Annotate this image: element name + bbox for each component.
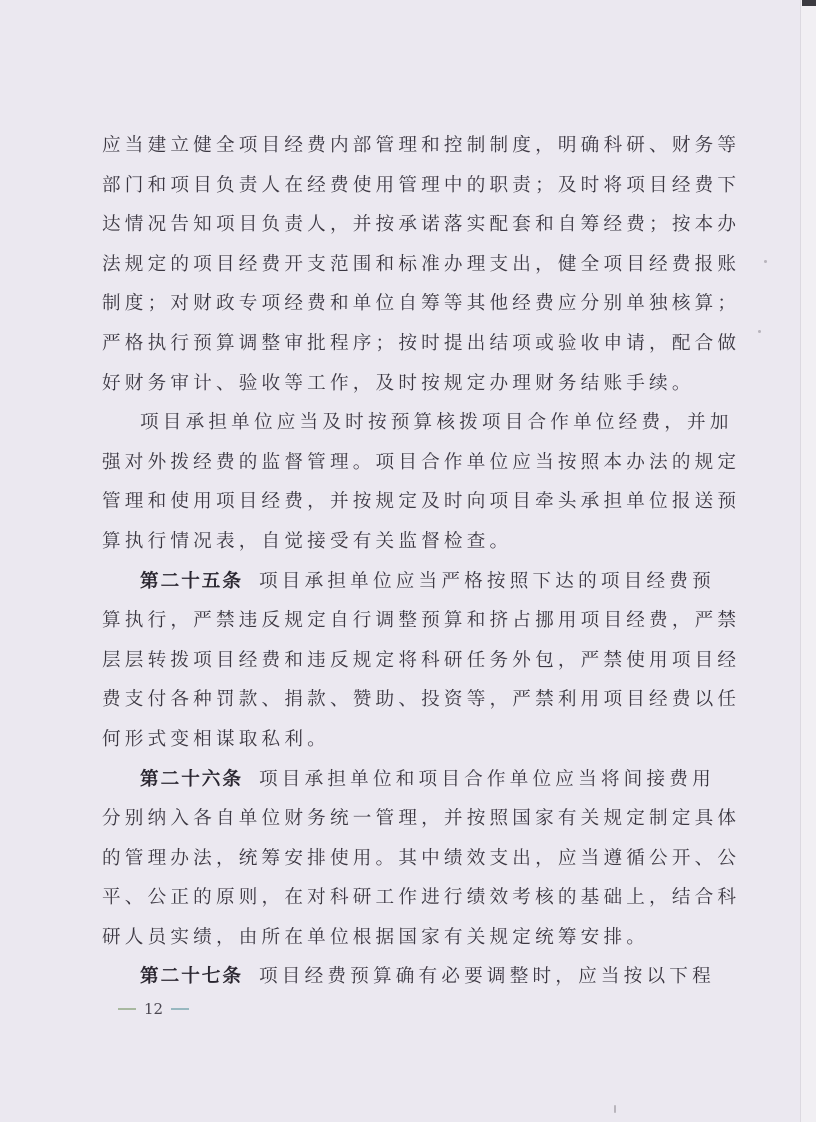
text-line: 好财务审计、验收等工作，及时按规定办理财务结账手续。 xyxy=(102,364,700,404)
text-line: 项目承担单位应当及时按预算核拨项目合作单位经费，并加 xyxy=(102,403,700,443)
text-line: 何形式变相谋取私利。 xyxy=(102,720,700,760)
article-27-first-line: 第二十七条项目经费预算确有必要调整时，应当按以下程 xyxy=(102,957,700,997)
scan-speck xyxy=(764,260,767,263)
text-line: 达情况告知项目负责人，并按承诺落实配套和自筹经费；按本办 xyxy=(102,205,700,245)
article-26-heading: 第二十六条 xyxy=(140,769,243,790)
page-number-value: 12 xyxy=(144,1000,163,1018)
text-line: 费支付各种罚款、捐款、赞助、投资等，严禁利用项目经费以任 xyxy=(102,680,700,720)
text-line: 的管理办法，统筹安排使用。其中绩效支出，应当遵循公开、公 xyxy=(102,839,700,879)
page-edge xyxy=(800,0,816,1122)
text-line: 管理和使用项目经费，并按规定及时向项目牵头承担单位报送预 xyxy=(102,482,700,522)
text-line: 部门和项目负责人在经费使用管理中的职责；及时将项目经费下 xyxy=(102,166,700,206)
text-line: 强对外拨经费的监督管理。项目合作单位应当按照本办法的规定 xyxy=(102,443,700,483)
article-26-first-line: 第二十六条项目承担单位和项目合作单位应当将间接费用 xyxy=(102,760,700,800)
text-line: 层层转拨项目经费和违反规定将科研任务外包，严禁使用项目经 xyxy=(102,641,700,681)
text-line: 算执行，严禁违反规定自行调整预算和挤占挪用项目经费，严禁 xyxy=(102,601,700,641)
scanned-page: 应当建立健全项目经费内部管理和控制制度，明确科研、财务等 部门和项目负责人在经费… xyxy=(0,0,800,1122)
document-body: 应当建立健全项目经费内部管理和控制制度，明确科研、财务等 部门和项目负责人在经费… xyxy=(102,126,700,997)
article-27-heading: 第二十七条 xyxy=(140,966,243,987)
article-25-first-line: 第二十五条项目承担单位应当严格按照下达的项目经费预 xyxy=(102,562,700,602)
text-line: 研人员实绩，由所在单位根据国家有关规定统筹安排。 xyxy=(102,918,700,958)
text-line: 项目承担单位和项目合作单位应当将间接费用 xyxy=(259,769,715,790)
text-line: 法规定的项目经费开支范围和标准办理支出，健全项目经费报账 xyxy=(102,245,700,285)
dash-right-decoration xyxy=(171,1008,189,1010)
scan-corner xyxy=(802,0,816,6)
text-line: 制度；对财政专项经费和单位自筹等其他经费应分别单独核算； xyxy=(102,284,700,324)
article-25-heading: 第二十五条 xyxy=(140,571,243,592)
text-line: 分别纳入各自单位财务统一管理，并按照国家有关规定制定具体 xyxy=(102,799,700,839)
text-line: 项目承担单位应当严格按照下达的项目经费预 xyxy=(259,571,715,592)
scan-speck xyxy=(758,330,761,333)
text-line: 算执行情况表，自觉接受有关监督检查。 xyxy=(102,522,700,562)
text-line: 项目经费预算确有必要调整时，应当按以下程 xyxy=(259,966,715,987)
text-line: 平、公正的原则，在对科研工作进行绩效考核的基础上，结合科 xyxy=(102,878,700,918)
text-line: 严格执行预算调整审批程序；按时提出结项或验收申请，配合做 xyxy=(102,324,700,364)
dash-left-decoration xyxy=(118,1008,136,1010)
page-number: 12 xyxy=(118,1000,189,1018)
text-line: 应当建立健全项目经费内部管理和控制制度，明确科研、财务等 xyxy=(102,126,700,166)
scan-speck xyxy=(614,1105,616,1113)
